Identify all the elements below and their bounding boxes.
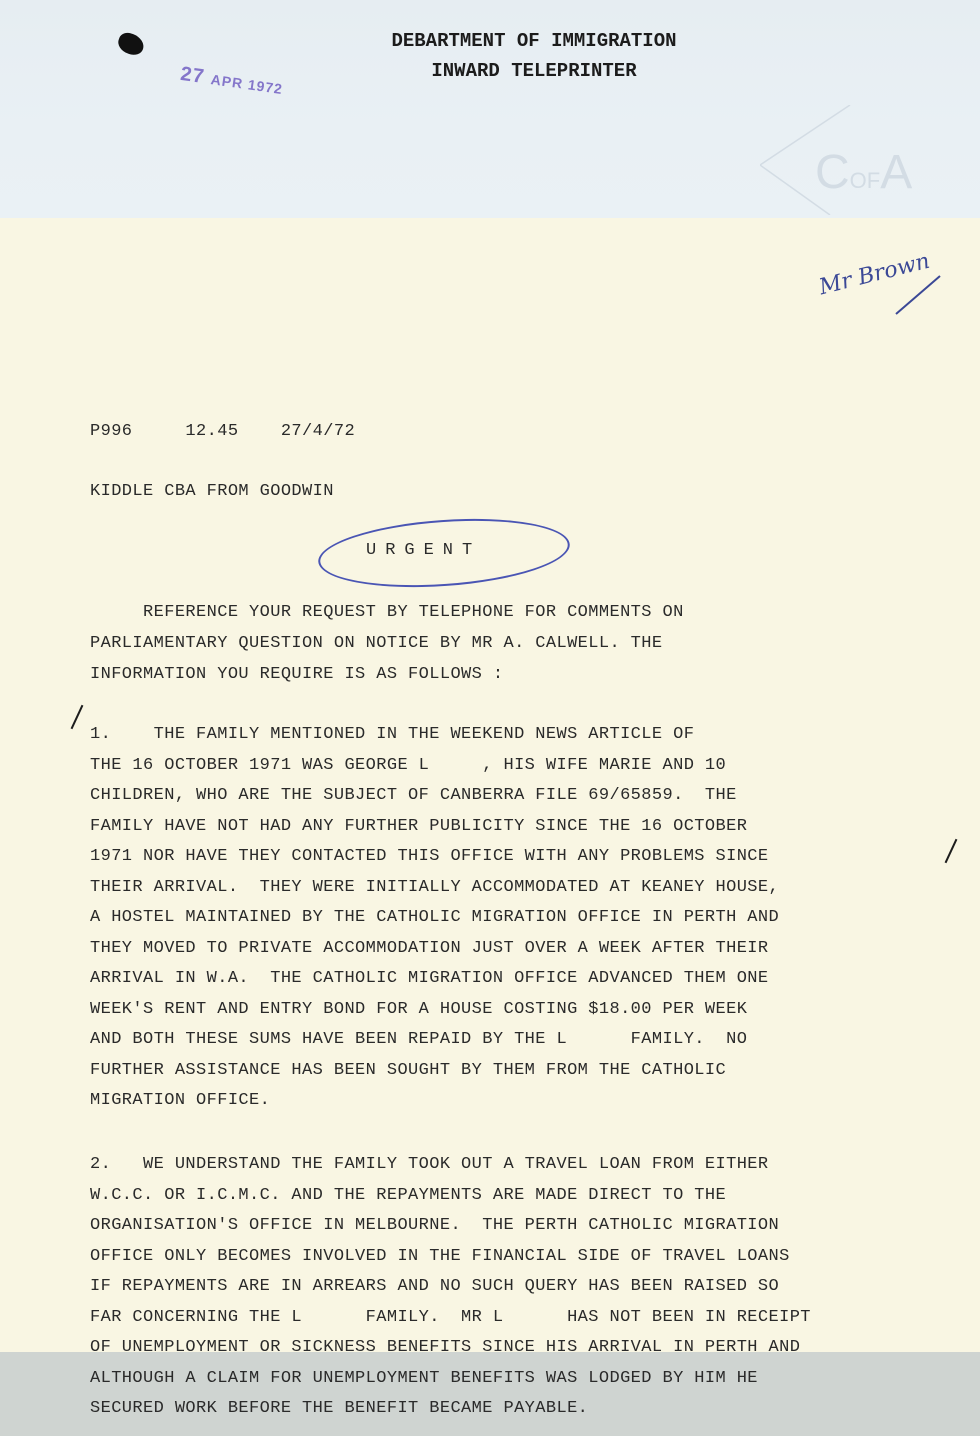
message-line: 1971 NOR HAVE THEY CONTACTED THIS OFFICE… [90, 847, 769, 866]
message-line: THEY MOVED TO PRIVATE ACCOMMODATION JUST… [90, 939, 769, 958]
message-reference-line: P996 12.45 27/4/72 [90, 422, 355, 441]
message-line: ORGANISATION'S OFFICE IN MELBOURNE. THE … [90, 1216, 779, 1235]
message-line: 2. WE UNDERSTAND THE FAMILY TOOK OUT A T… [90, 1155, 769, 1174]
message-line: OF UNEMPLOYMENT OR SICKNESS BENEFITS SIN… [90, 1338, 800, 1357]
message-line: SECURED WORK BEFORE THE BENEFIT BECAME P… [90, 1399, 588, 1418]
message-line: REFERENCE YOUR REQUEST BY TELEPHONE FOR … [90, 603, 684, 622]
message-line: ALTHOUGH A CLAIM FOR UNEMPLOYMENT BENEFI… [90, 1369, 758, 1388]
teleprinter-message: P996 12.45 27/4/72 KIDDLE CBA FROM GOODW… [0, 0, 980, 1436]
urgent-label: URGENT [366, 541, 481, 560]
message-routing: KIDDLE CBA FROM GOODWIN [90, 482, 334, 501]
message-line: AND BOTH THESE SUMS HAVE BEEN REPAID BY … [90, 1030, 747, 1049]
message-line: CHILDREN, WHO ARE THE SUBJECT OF CANBERR… [90, 786, 737, 805]
message-line: 1. THE FAMILY MENTIONED IN THE WEEKEND N… [90, 725, 694, 744]
message-line: OFFICE ONLY BECOMES INVOLVED IN THE FINA… [90, 1247, 790, 1266]
message-line: FAMILY HAVE NOT HAD ANY FURTHER PUBLICIT… [90, 817, 747, 836]
message-line: THE 16 OCTOBER 1971 WAS GEORGE L , HIS W… [90, 756, 726, 775]
message-line: PARLIAMENTARY QUESTION ON NOTICE BY MR A… [90, 634, 663, 653]
message-line: W.C.C. OR I.C.M.C. AND THE REPAYMENTS AR… [90, 1186, 726, 1205]
message-line: IF REPAYMENTS ARE IN ARREARS AND NO SUCH… [90, 1277, 779, 1296]
message-line: A HOSTEL MAINTAINED BY THE CATHOLIC MIGR… [90, 908, 779, 927]
message-line: THEIR ARRIVAL. THEY WERE INITIALLY ACCOM… [90, 878, 779, 897]
message-line: FURTHER ASSISTANCE HAS BEEN SOUGHT BY TH… [90, 1061, 726, 1080]
message-line: WEEK'S RENT AND ENTRY BOND FOR A HOUSE C… [90, 1000, 747, 1019]
message-line: MIGRATION OFFICE. [90, 1091, 270, 1110]
message-line: ARRIVAL IN W.A. THE CATHOLIC MIGRATION O… [90, 969, 769, 988]
message-line: FAR CONCERNING THE L FAMILY. MR L HAS NO… [90, 1308, 811, 1327]
message-line: INFORMATION YOU REQUIRE IS AS FOLLOWS : [90, 665, 503, 684]
